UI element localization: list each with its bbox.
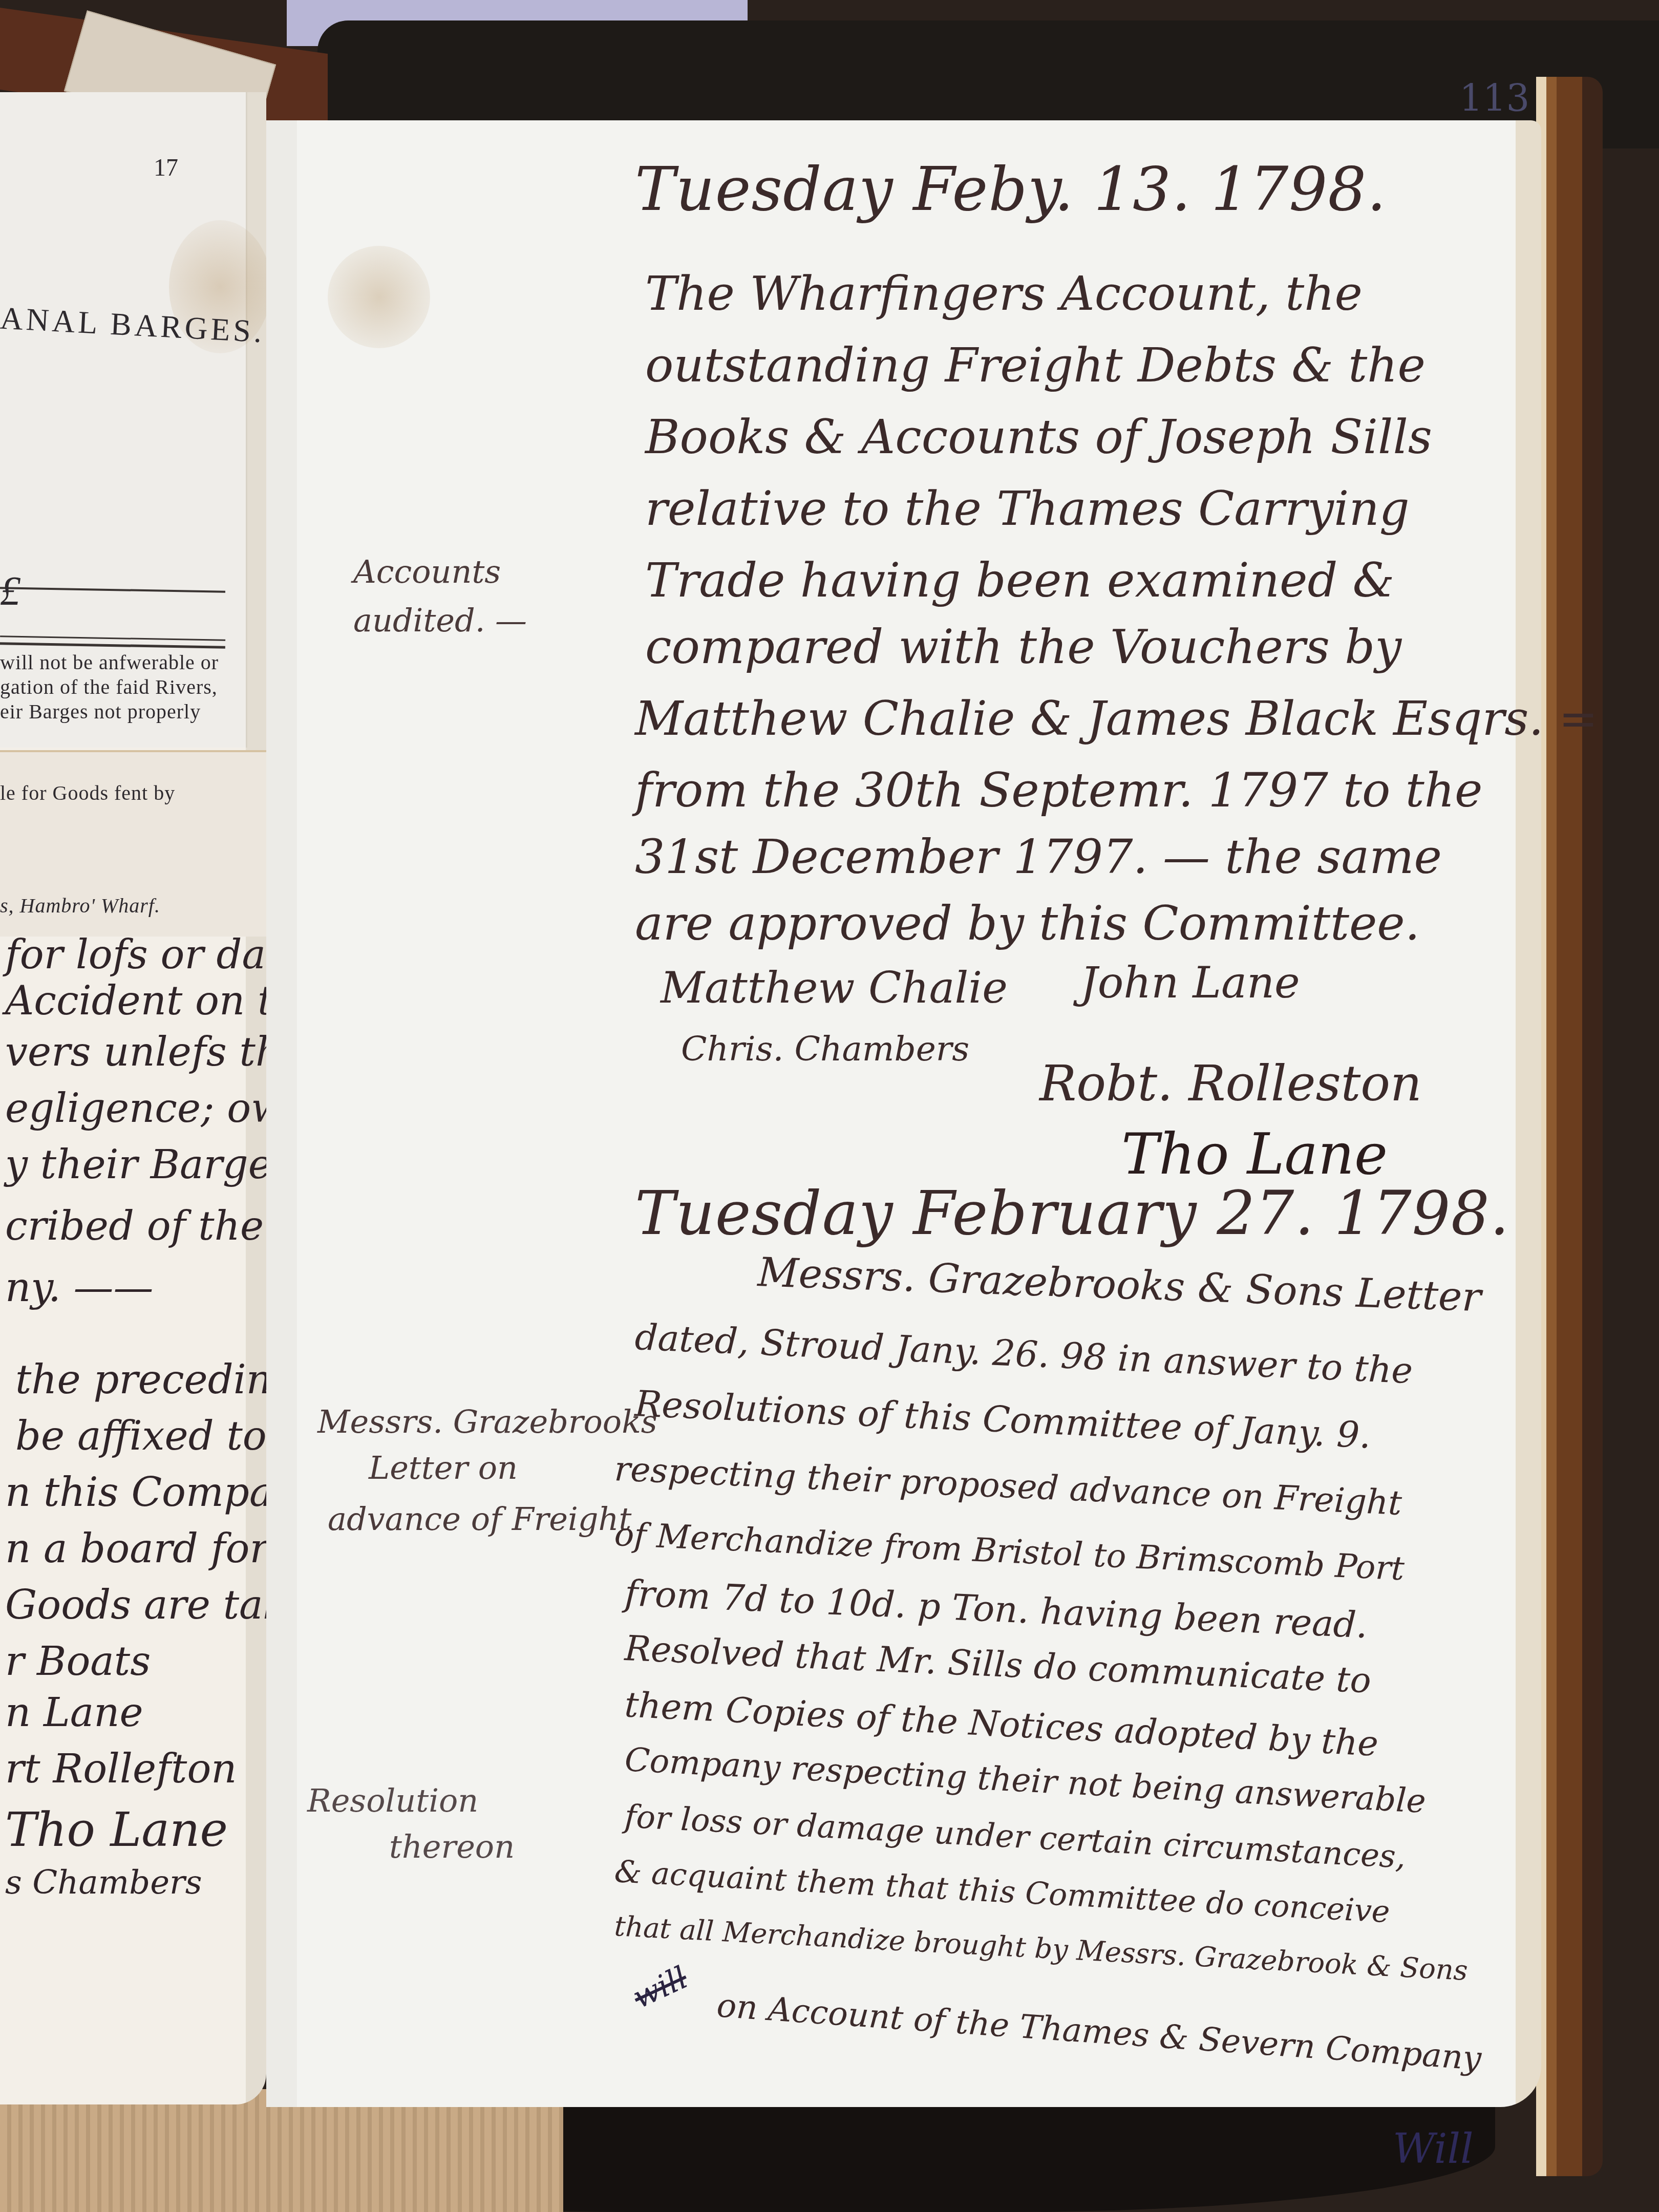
minute-line: outstanding Freight Debts & the: [645, 338, 1426, 393]
minute-line: relative to the Thames Carrying: [645, 481, 1410, 536]
left-handwritten-line: be affixed to: [15, 1413, 267, 1459]
printed-line: le for Goods fent by: [0, 781, 175, 805]
minute-line: 31st December 1797. — the same: [635, 829, 1442, 884]
printed-line: gation of the faid Rivers,: [0, 675, 218, 699]
left-signature: n Lane: [5, 1690, 143, 1736]
table-surface: [0, 2089, 563, 2212]
minute-line: compared with the Vouchers by: [645, 620, 1401, 674]
left-handwritten-line: vers unlefs the: [5, 1029, 305, 1075]
entry-date-heading: Tuesday Feby. 13. 1798.: [635, 154, 1387, 224]
left-handwritten-line: y their Barges: [5, 1142, 292, 1188]
margin-note: Resolution: [307, 1782, 478, 1819]
foxing-stain: [328, 246, 430, 348]
signature: Chris. Chambers: [681, 1029, 969, 1069]
catchword: Will: [1393, 2125, 1474, 2173]
margin-note: advance of Freight: [328, 1500, 631, 1538]
signature: John Lane: [1080, 958, 1300, 1008]
left-handwritten-line: ny. ——: [5, 1265, 154, 1311]
left-handwritten-line: the preceding: [15, 1357, 297, 1403]
printed-line: eir Barges not properly: [0, 699, 201, 724]
minute-line: Books & Accounts of Joseph Sills: [645, 410, 1432, 464]
book-fore-edge: [1536, 77, 1603, 2176]
left-handwritten-line: cribed of the: [5, 1203, 264, 1249]
printed-line: will not be anfwerable or: [0, 650, 219, 674]
margin-note: Messrs. Grazebrooks: [317, 1403, 657, 1440]
minute-line: The Wharfingers Account, the: [645, 266, 1363, 321]
left-signature: s Chambers: [5, 1864, 202, 1902]
margin-note: Accounts: [353, 553, 501, 590]
left-signature: Tho Lane: [5, 1802, 228, 1857]
entry-date-heading: Tuesday February 27. 1798.: [635, 1178, 1509, 1248]
pound-symbol: £: [0, 568, 20, 615]
minute-line: Trade having been examined &: [645, 553, 1395, 608]
left-signature: rt Rollefton: [5, 1746, 237, 1792]
left-handwritten-line: n a board for: [5, 1526, 269, 1572]
left-handwritten-line: r Boats: [5, 1639, 151, 1685]
minute-line: from the 30th Septemr. 1797 to the: [635, 763, 1482, 818]
minute-line: Matthew Chalie & James Black Esqrs. =: [635, 691, 1598, 746]
left-handwritten-line: egligence; own: [5, 1086, 311, 1132]
margin-note: audited. —: [353, 602, 527, 639]
folio-number: 113: [1459, 77, 1529, 120]
minute-line: are approved by this Committee.: [635, 896, 1420, 951]
printed-line: s, Hambro' Wharf.: [0, 894, 160, 918]
margin-note: thereon: [389, 1828, 515, 1865]
printed-notice: [0, 92, 247, 748]
margin-note: Letter on: [369, 1449, 518, 1486]
signature: Robt. Rolleston: [1039, 1055, 1422, 1112]
signature: Tho Lane: [1121, 1121, 1388, 1187]
signature: Matthew Chalie: [661, 963, 1008, 1013]
printed-page-number: 17: [154, 154, 178, 182]
